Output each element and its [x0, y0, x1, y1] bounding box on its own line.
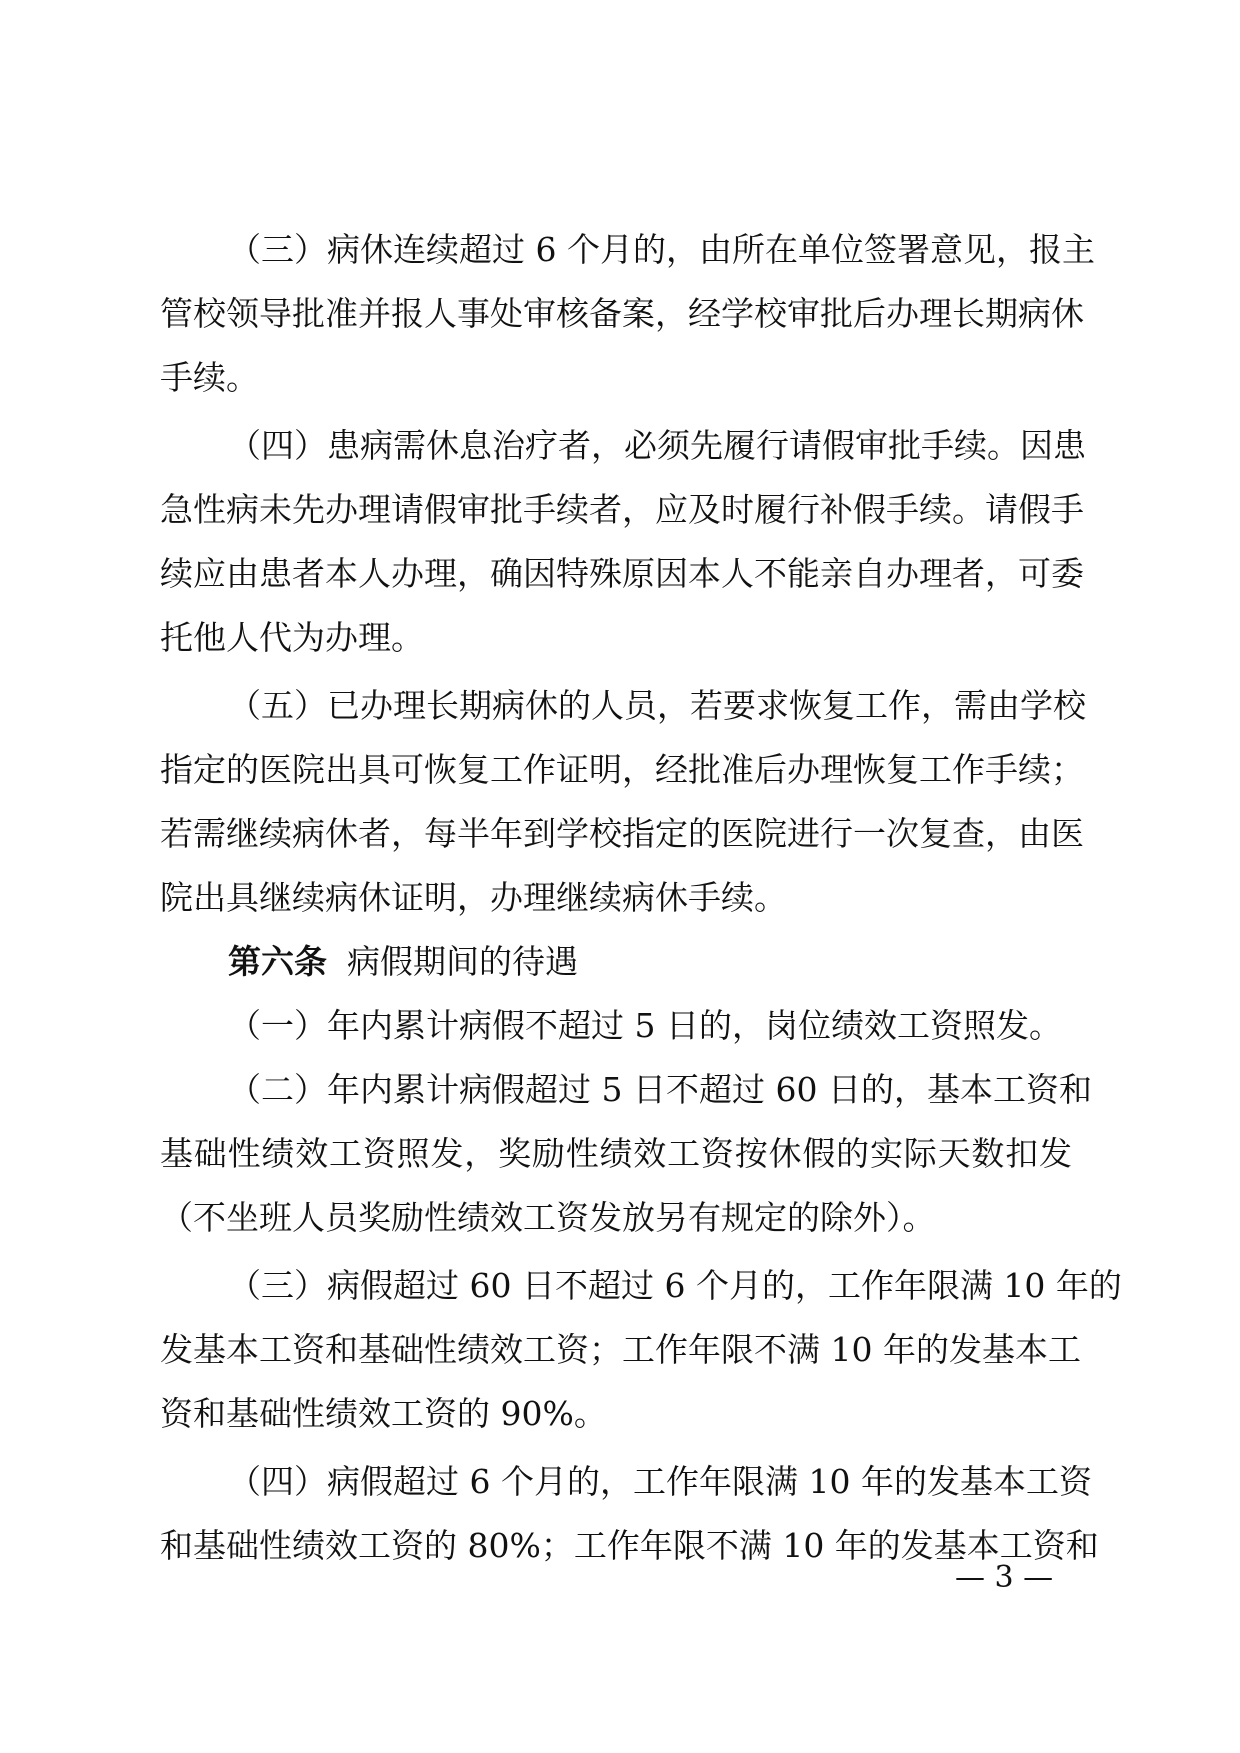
text-line: 资和基础性绩效工资的 90%。 — [160, 1382, 1072, 1446]
text-line: 院出具继续病休证明，办理继续病休手续。 — [160, 866, 1072, 930]
text-line: （不坐班人员奖励性绩效工资发放另有规定的除外）。 — [160, 1186, 1072, 1250]
text-line: （一）年内累计病假不超过 5 日的，岗位绩效工资照发。 — [160, 994, 1072, 1058]
text-line: 续应由患者本人办理，确因特殊原因本人不能亲自办理者，可委 — [160, 542, 1072, 606]
text-line: （二）年内累计病假超过 5 日不超过 60 日的，基本工资和 — [160, 1058, 1072, 1122]
text-line: （四）患病需休息治疗者，必须先履行请假审批手续。因患 — [160, 414, 1072, 478]
article-number: 第六条 — [228, 942, 327, 981]
paragraph-60-days-to-6-months: （三）病假超过 60 日不超过 6 个月的，工作年限满 10 年的 发基本工资和… — [160, 1254, 1072, 1446]
paragraph-under-5-days: （一）年内累计病假不超过 5 日的，岗位绩效工资照发。 — [160, 994, 1072, 1058]
paragraph-5-to-60-days: （二）年内累计病假超过 5 日不超过 60 日的，基本工资和 基础性绩效工资照发… — [160, 1058, 1072, 1250]
text-line: （三）病休连续超过 6 个月的，由所在单位签署意见，报主 — [160, 218, 1072, 282]
text-line: （四）病假超过 6 个月的，工作年限满 10 年的发基本工资 — [160, 1450, 1072, 1514]
document-page: （三）病休连续超过 6 个月的，由所在单位签署意见，报主 管校领导批准并报人事处… — [160, 218, 1072, 1578]
article-title: 病假期间的待遇 — [347, 942, 578, 981]
page-number: — 3 — — [955, 1558, 1053, 1598]
article-heading: 第六条病假期间的待遇 — [160, 930, 1072, 994]
text-line: 基础性绩效工资照发，奖励性绩效工资按休假的实际天数扣发 — [160, 1122, 1072, 1186]
text-line: （三）病假超过 60 日不超过 6 个月的，工作年限满 10 年的 — [160, 1254, 1072, 1318]
paragraph-sick-leave-over-6-months: （三）病休连续超过 6 个月的，由所在单位签署意见，报主 管校领导批准并报人事处… — [160, 218, 1072, 410]
text-line: 急性病未先办理请假审批手续者，应及时履行补假手续。请假手 — [160, 478, 1072, 542]
paragraph-resume-work: （五）已办理长期病休的人员，若要求恢复工作，需由学校 指定的医院出具可恢复工作证… — [160, 674, 1072, 930]
text-line: （五）已办理长期病休的人员，若要求恢复工作，需由学校 — [160, 674, 1072, 738]
text-line: 托他人代为办理。 — [160, 606, 1072, 670]
text-line: 管校领导批准并报人事处审核备案，经学校审批后办理长期病休 — [160, 282, 1072, 346]
text-line: 手续。 — [160, 346, 1072, 410]
text-line: 发基本工资和基础性绩效工资；工作年限不满 10 年的发基本工 — [160, 1318, 1072, 1382]
text-line: 指定的医院出具可恢复工作证明，经批准后办理恢复工作手续； — [160, 738, 1072, 802]
text-line: 和基础性绩效工资的 80%；工作年限不满 10 年的发基本工资和 — [160, 1514, 1072, 1578]
paragraph-over-6-months: （四）病假超过 6 个月的，工作年限满 10 年的发基本工资 和基础性绩效工资的… — [160, 1450, 1072, 1578]
text-line: 若需继续病休者，每半年到学校指定的医院进行一次复查，由医 — [160, 802, 1072, 866]
paragraph-leave-approval-procedure: （四）患病需休息治疗者，必须先履行请假审批手续。因患 急性病未先办理请假审批手续… — [160, 414, 1072, 670]
